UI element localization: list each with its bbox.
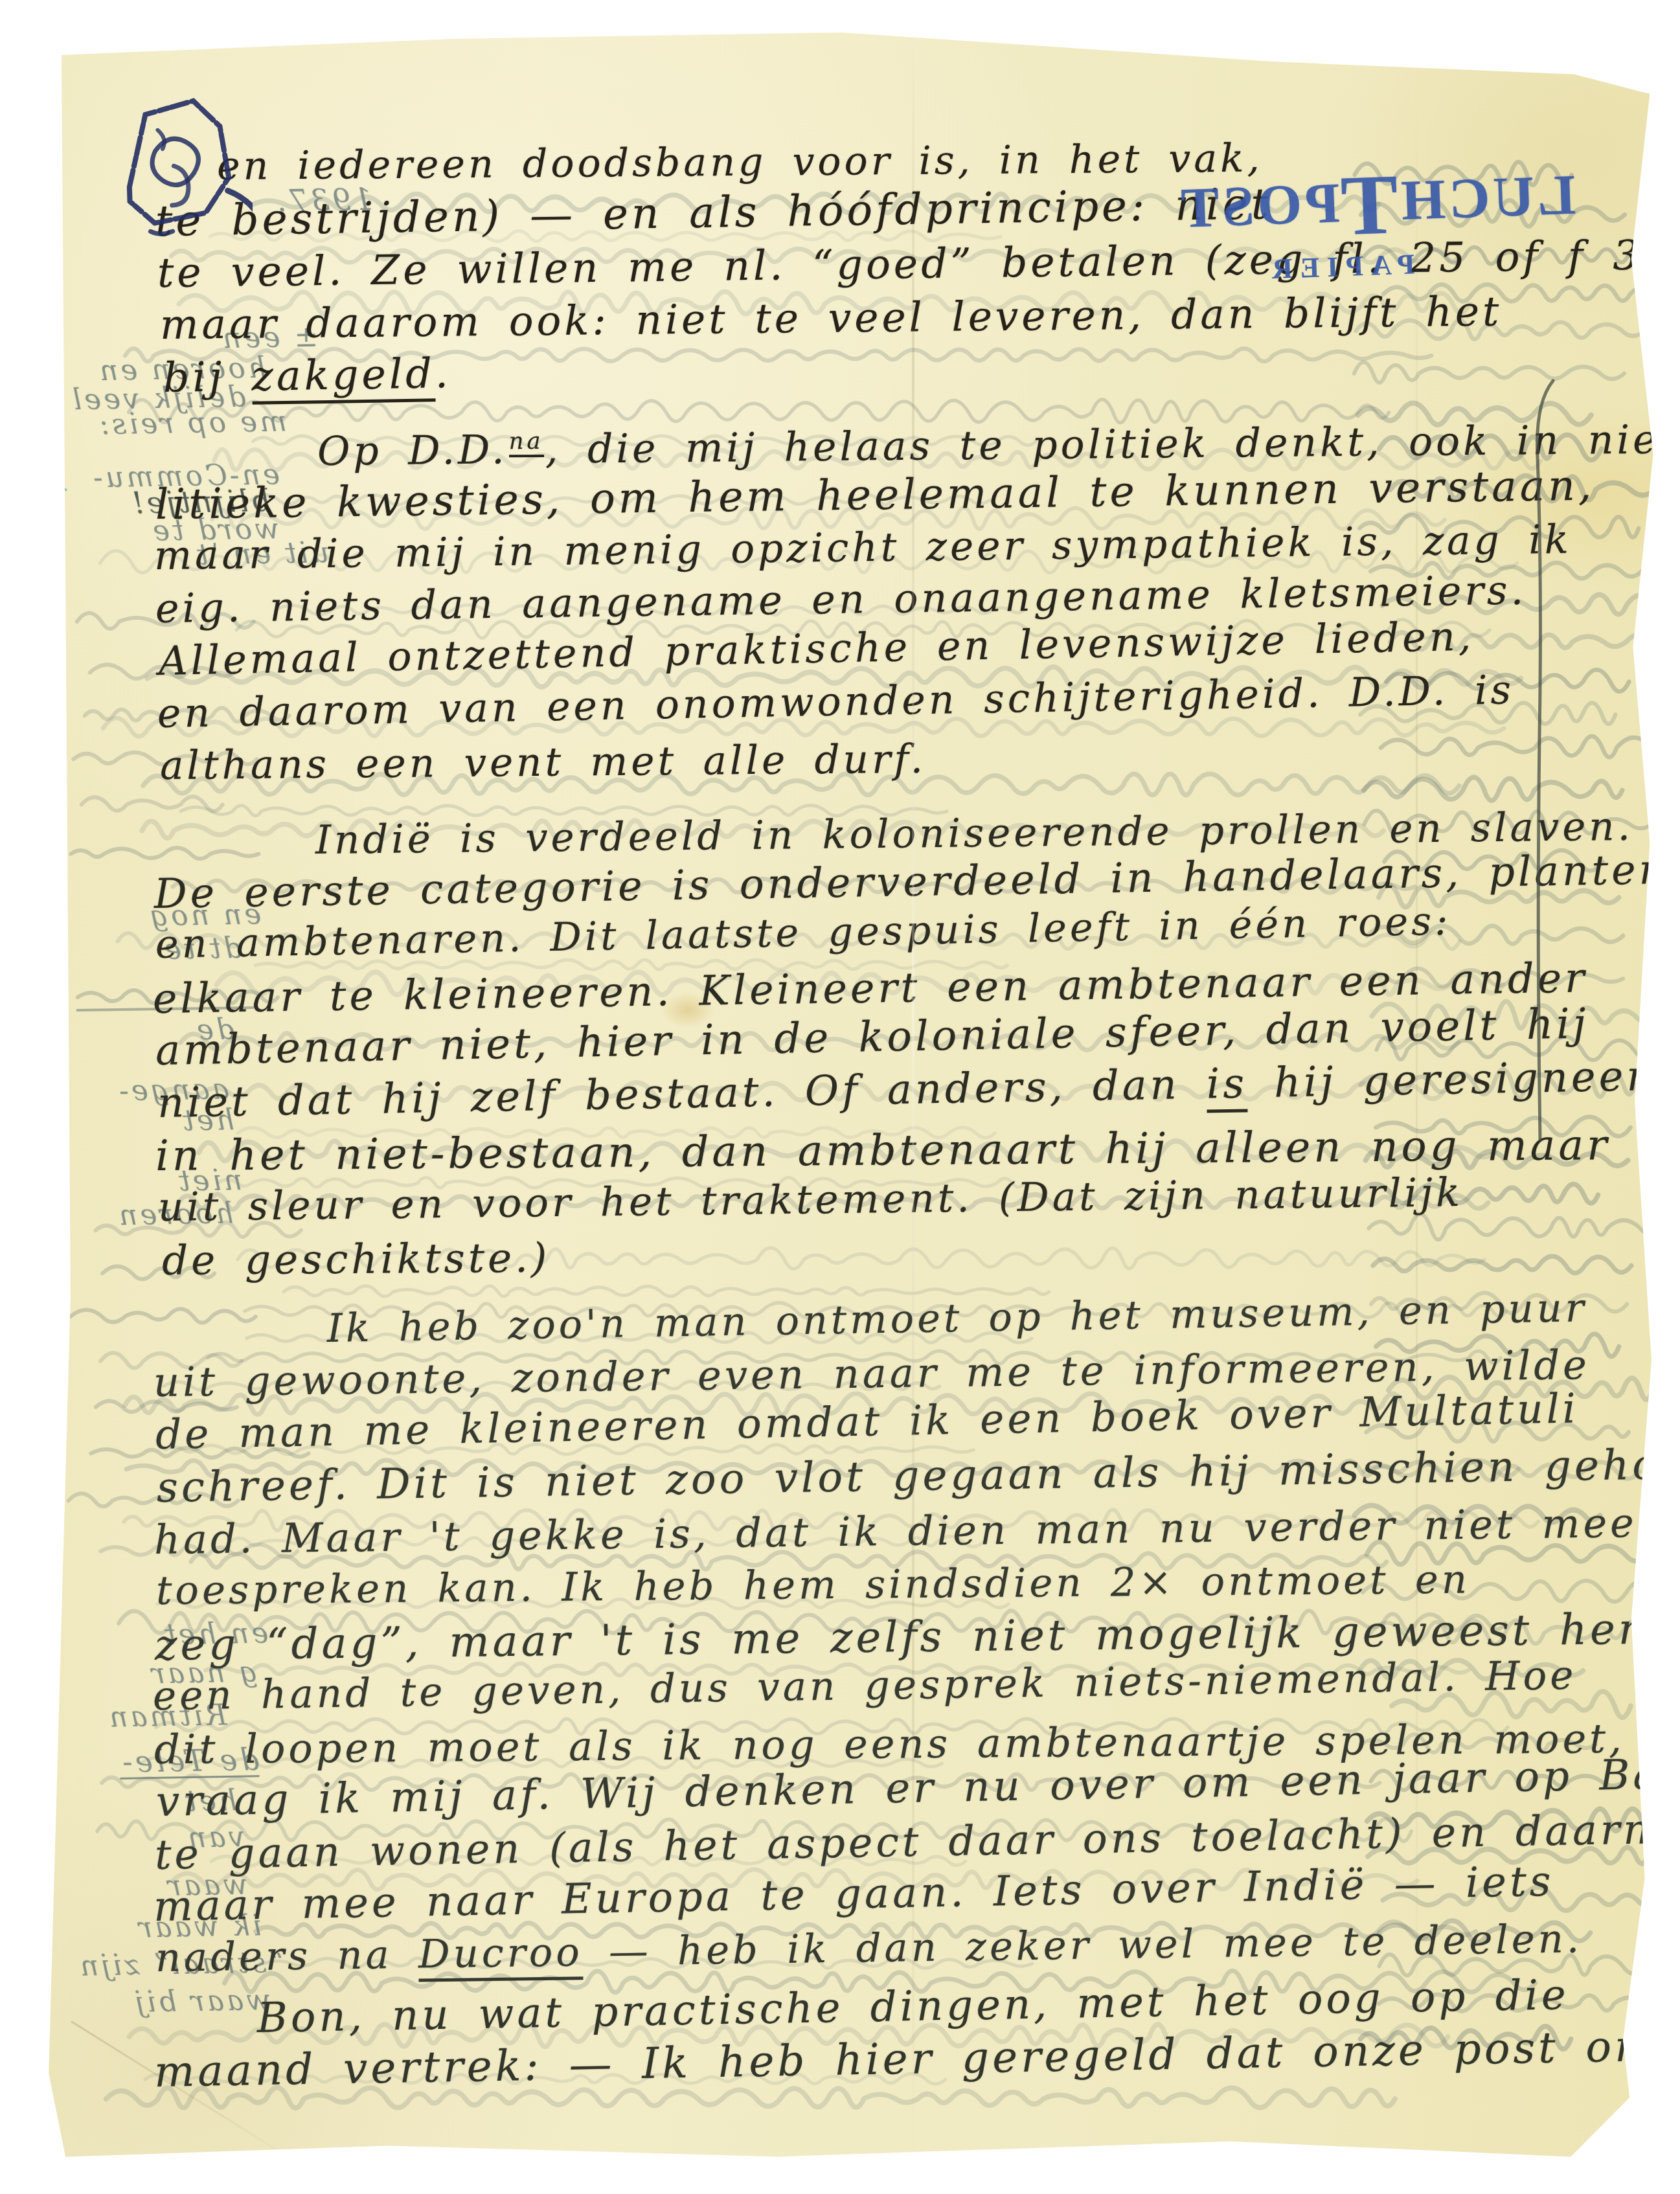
letter-line: de geschiktste.) — [162, 1234, 551, 1284]
letter-line: maar daarom ook: niet te veel leveren, d… — [160, 288, 1503, 348]
letter-text: en iedereen doodsbang voor is, in het va… — [0, 0, 1680, 2194]
letter-line: bij zakgeld. — [163, 349, 451, 401]
letter-line: toespreken kan. Ik heb hem sindsdien 2× … — [156, 1557, 1471, 1614]
letter-line: althans een vent met alle durf. — [160, 736, 927, 789]
letter-paper: 1937.± eenhooren endelijk veelme op reis… — [0, 0, 1680, 2194]
scanned-letter-page: { "document": { "kind_label": "Handwritt… — [0, 0, 1680, 2194]
letter-line: Ik heb zoo'n man ontmoet op het museum, … — [326, 1285, 1587, 1351]
letter-line: te bestrijden) — en als hóófdprincipe: n… — [155, 179, 1271, 246]
scan-background: 1937.± eenhooren endelijk veelme op reis… — [0, 0, 1680, 2194]
